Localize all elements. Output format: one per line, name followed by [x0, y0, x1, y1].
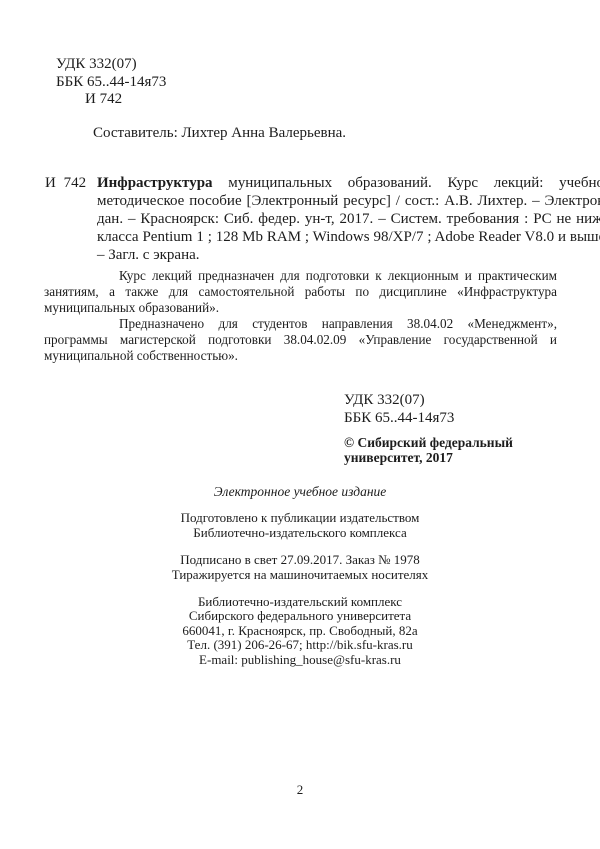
bbk-code: ББК 65..44-14я73: [56, 74, 166, 92]
annotation-paragraph-1: Курс лекций предназначен для подготовки …: [44, 268, 557, 316]
annotation-paragraph-2: Предназначено для студентов направления …: [44, 316, 557, 364]
copyright-notice: © Сибирский федеральный университет, 201…: [344, 435, 513, 465]
publisher-address-line-1: Библиотечно-издательский комплекс: [0, 595, 600, 609]
copyright-line-1: © Сибирский федеральный: [344, 435, 513, 450]
publisher-note-block: Подготовлено к публикации издательством …: [0, 510, 600, 540]
publisher-address-line-3: 660041, г. Красноярск, пр. Свободный, 82…: [0, 624, 600, 638]
imprint-page: УДК 332(07) ББК 65..44-14я73 И 742 Соста…: [0, 0, 600, 849]
edition-type-line: Электронное учебное издание: [0, 484, 600, 499]
classification-block-right: УДК 332(07) ББК 65..44-14я73: [344, 392, 454, 427]
publisher-note-line-2: Библиотечно-издательского комплекса: [0, 525, 600, 540]
udk-code-right: УДК 332(07): [344, 392, 454, 410]
publisher-address-block: Библиотечно-издательский комплекс Сибирс…: [0, 595, 600, 667]
bbk-code-right: ББК 65..44-14я73: [344, 410, 454, 428]
publisher-address-line-4: Тел. (391) 206-26-67; http://bik.sfu-kra…: [0, 638, 600, 652]
bibliographic-entry: И 742Инфраструктура муниципальных образо…: [45, 174, 600, 264]
print-info-line-2: Тиражируется на машиночитаемых носителях: [0, 567, 600, 582]
page-number: 2: [0, 782, 600, 798]
udk-code: УДК 332(07): [56, 56, 166, 74]
bib-entry-title: Инфраструктура: [97, 175, 213, 191]
print-info-block: Подписано в свет 27.09.2017. Заказ № 197…: [0, 552, 600, 582]
publisher-address-line-2: Сибирского федерального университета: [0, 609, 600, 623]
publisher-address-line-5: E-mail: publishing_house@sfu-kras.ru: [0, 653, 600, 667]
author-sign-index: И 742: [85, 91, 166, 109]
copyright-line-2: университет, 2017: [344, 450, 513, 465]
classification-block-top: УДК 332(07) ББК 65..44-14я73 И 742: [56, 56, 166, 109]
compiler-line: Составитель: Лихтер Анна Валерьевна.: [93, 125, 346, 142]
print-info-line-1: Подписано в свет 27.09.2017. Заказ № 197…: [0, 552, 600, 567]
publisher-note-line-1: Подготовлено к публикации издательством: [0, 510, 600, 525]
bib-entry-index: И 742: [45, 174, 97, 192]
annotation-block: Курс лекций предназначен для подготовки …: [44, 268, 557, 364]
